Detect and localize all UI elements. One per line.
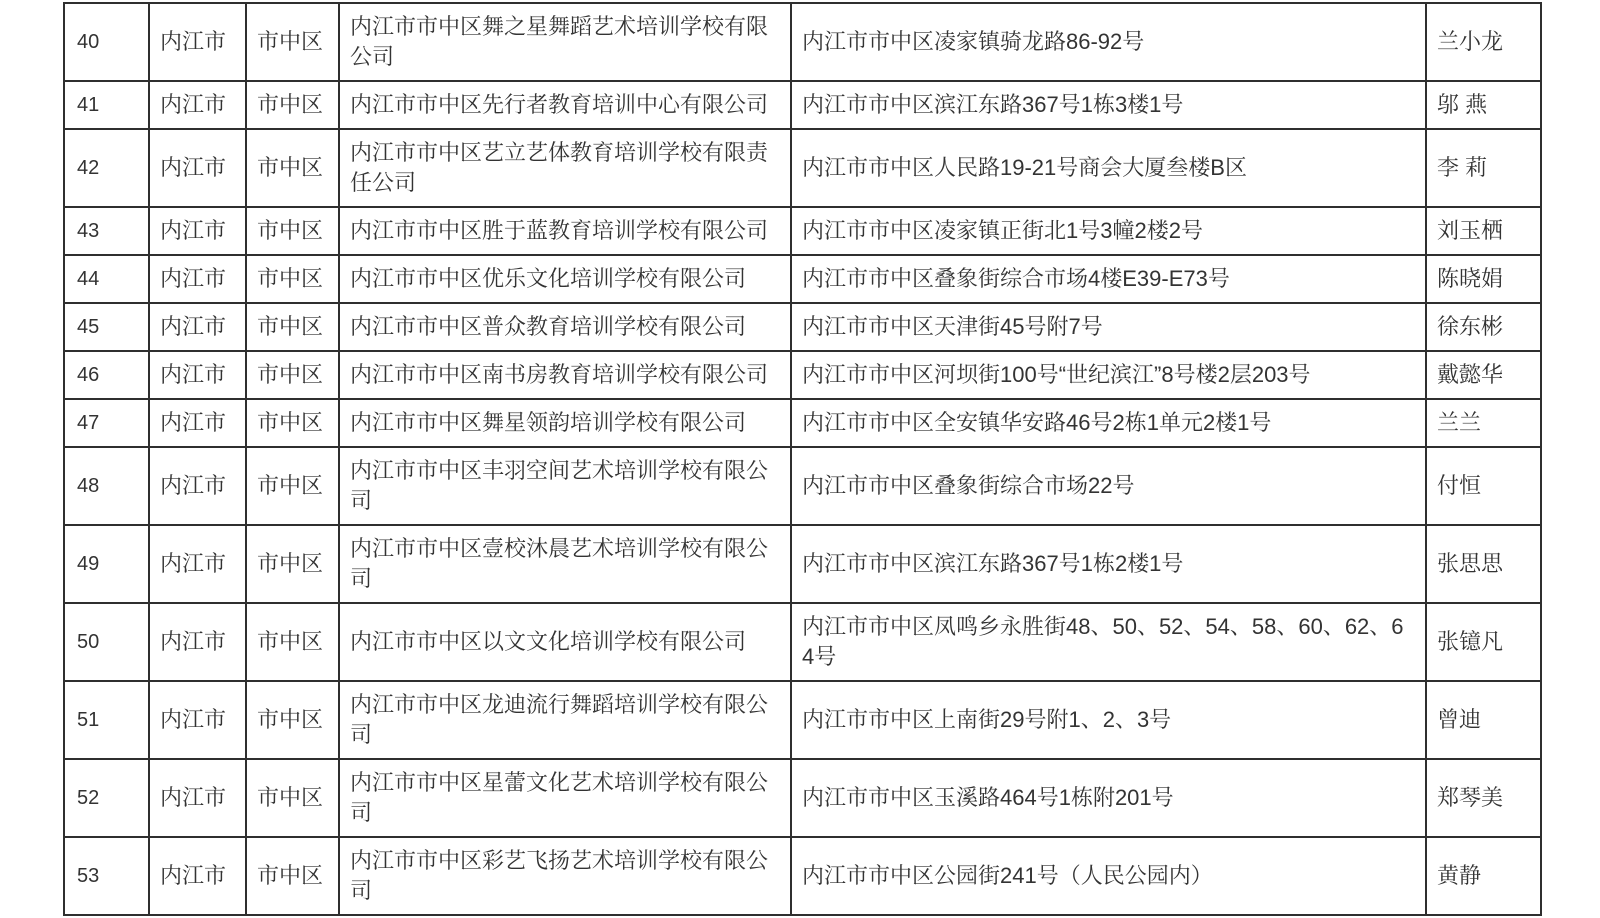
cell-contact: 张思思 — [1426, 525, 1541, 603]
cell-school: 内江市市中区先行者教育培训中心有限公司 — [339, 81, 791, 129]
cell-city: 内江市 — [149, 681, 246, 759]
cell-index: 45 — [64, 303, 149, 351]
cell-city: 内江市 — [149, 837, 246, 915]
cell-district: 市中区 — [246, 129, 339, 207]
table-row: 42内江市市中区内江市市中区艺立艺体教育培训学校有限责任公司内江市市中区人民路1… — [64, 129, 1541, 207]
cell-city: 内江市 — [149, 399, 246, 447]
cell-address: 内江市市中区凌家镇骑龙路86-92号 — [791, 3, 1426, 81]
cell-district: 市中区 — [246, 81, 339, 129]
cell-index: 51 — [64, 681, 149, 759]
cell-school: 内江市市中区舞星领韵培训学校有限公司 — [339, 399, 791, 447]
cell-index: 40 — [64, 3, 149, 81]
cell-contact: 付恒 — [1426, 447, 1541, 525]
cell-contact: 刘玉栖 — [1426, 207, 1541, 255]
cell-district: 市中区 — [246, 837, 339, 915]
cell-index: 53 — [64, 837, 149, 915]
cell-school: 内江市市中区龙迪流行舞蹈培训学校有限公司 — [339, 681, 791, 759]
cell-contact: 戴懿华 — [1426, 351, 1541, 399]
cell-index: 42 — [64, 129, 149, 207]
cell-city: 内江市 — [149, 3, 246, 81]
cell-address: 内江市市中区叠象街综合市场22号 — [791, 447, 1426, 525]
cell-school: 内江市市中区以文文化培训学校有限公司 — [339, 603, 791, 681]
cell-school: 内江市市中区丰羽空间艺术培训学校有限公司 — [339, 447, 791, 525]
cell-contact: 张镱凡 — [1426, 603, 1541, 681]
cell-address: 内江市市中区凤鸣乡永胜街48、50、52、54、58、60、62、64号 — [791, 603, 1426, 681]
cell-address: 内江市市中区玉溪路464号1栋附201号 — [791, 759, 1426, 837]
table-row: 43内江市市中区内江市市中区胜于蓝教育培训学校有限公司内江市市中区凌家镇正街北1… — [64, 207, 1541, 255]
cell-contact: 兰小龙 — [1426, 3, 1541, 81]
cell-school: 内江市市中区艺立艺体教育培训学校有限责任公司 — [339, 129, 791, 207]
cell-contact: 邬 燕 — [1426, 81, 1541, 129]
cell-city: 内江市 — [149, 303, 246, 351]
cell-school: 内江市市中区星蕾文化艺术培训学校有限公司 — [339, 759, 791, 837]
table-body: 40内江市市中区内江市市中区舞之星舞蹈艺术培训学校有限公司内江市市中区凌家镇骑龙… — [64, 3, 1541, 915]
cell-index: 47 — [64, 399, 149, 447]
cell-contact: 曾迪 — [1426, 681, 1541, 759]
cell-city: 内江市 — [149, 603, 246, 681]
cell-address: 内江市市中区河坝街100号“世纪滨江”8号楼2层203号 — [791, 351, 1426, 399]
table-row: 52内江市市中区内江市市中区星蕾文化艺术培训学校有限公司内江市市中区玉溪路464… — [64, 759, 1541, 837]
cell-index: 43 — [64, 207, 149, 255]
cell-index: 41 — [64, 81, 149, 129]
cell-contact: 李 莉 — [1426, 129, 1541, 207]
table-row: 51内江市市中区内江市市中区龙迪流行舞蹈培训学校有限公司内江市市中区上南街29号… — [64, 681, 1541, 759]
cell-city: 内江市 — [149, 129, 246, 207]
cell-city: 内江市 — [149, 351, 246, 399]
cell-district: 市中区 — [246, 603, 339, 681]
cell-city: 内江市 — [149, 207, 246, 255]
document-table-region: 40内江市市中区内江市市中区舞之星舞蹈艺术培训学校有限公司内江市市中区凌家镇骑龙… — [63, 2, 1542, 916]
table-row: 45内江市市中区内江市市中区普众教育培训学校有限公司内江市市中区天津街45号附7… — [64, 303, 1541, 351]
table-row: 48内江市市中区内江市市中区丰羽空间艺术培训学校有限公司内江市市中区叠象街综合市… — [64, 447, 1541, 525]
cell-city: 内江市 — [149, 759, 246, 837]
cell-district: 市中区 — [246, 759, 339, 837]
cell-address: 内江市市中区全安镇华安路46号2栋1单元2楼1号 — [791, 399, 1426, 447]
cell-contact: 黄静 — [1426, 837, 1541, 915]
table-row: 47内江市市中区内江市市中区舞星领韵培训学校有限公司内江市市中区全安镇华安路46… — [64, 399, 1541, 447]
cell-contact: 郑琴美 — [1426, 759, 1541, 837]
cell-district: 市中区 — [246, 447, 339, 525]
cell-school: 内江市市中区优乐文化培训学校有限公司 — [339, 255, 791, 303]
cell-contact: 徐东彬 — [1426, 303, 1541, 351]
cell-district: 市中区 — [246, 207, 339, 255]
cell-school: 内江市市中区舞之星舞蹈艺术培训学校有限公司 — [339, 3, 791, 81]
cell-address: 内江市市中区天津街45号附7号 — [791, 303, 1426, 351]
cell-address: 内江市市中区滨江东路367号1栋3楼1号 — [791, 81, 1426, 129]
cell-district: 市中区 — [246, 681, 339, 759]
table-row: 40内江市市中区内江市市中区舞之星舞蹈艺术培训学校有限公司内江市市中区凌家镇骑龙… — [64, 3, 1541, 81]
cell-address: 内江市市中区上南街29号附1、2、3号 — [791, 681, 1426, 759]
cell-index: 49 — [64, 525, 149, 603]
cell-index: 46 — [64, 351, 149, 399]
cell-school: 内江市市中区彩艺飞扬艺术培训学校有限公司 — [339, 837, 791, 915]
cell-school: 内江市市中区普众教育培训学校有限公司 — [339, 303, 791, 351]
cell-address: 内江市市中区叠象街综合市场4楼E39-E73号 — [791, 255, 1426, 303]
cell-district: 市中区 — [246, 399, 339, 447]
table-row: 49内江市市中区内江市市中区壹校沐晨艺术培训学校有限公司内江市市中区滨江东路36… — [64, 525, 1541, 603]
cell-address: 内江市市中区凌家镇正街北1号3幢2楼2号 — [791, 207, 1426, 255]
cell-district: 市中区 — [246, 525, 339, 603]
cell-city: 内江市 — [149, 81, 246, 129]
cell-address: 内江市市中区滨江东路367号1栋2楼1号 — [791, 525, 1426, 603]
cell-school: 内江市市中区壹校沐晨艺术培训学校有限公司 — [339, 525, 791, 603]
cell-address: 内江市市中区公园街241号（人民公园内） — [791, 837, 1426, 915]
cell-index: 48 — [64, 447, 149, 525]
cell-index: 44 — [64, 255, 149, 303]
table-row: 46内江市市中区内江市市中区南书房教育培训学校有限公司内江市市中区河坝街100号… — [64, 351, 1541, 399]
cell-district: 市中区 — [246, 303, 339, 351]
cell-district: 市中区 — [246, 351, 339, 399]
table-row: 44内江市市中区内江市市中区优乐文化培训学校有限公司内江市市中区叠象街综合市场4… — [64, 255, 1541, 303]
training-schools-table: 40内江市市中区内江市市中区舞之星舞蹈艺术培训学校有限公司内江市市中区凌家镇骑龙… — [63, 2, 1542, 916]
cell-address: 内江市市中区人民路19-21号商会大厦叁楼B区 — [791, 129, 1426, 207]
cell-district: 市中区 — [246, 255, 339, 303]
table-row: 41内江市市中区内江市市中区先行者教育培训中心有限公司内江市市中区滨江东路367… — [64, 81, 1541, 129]
cell-city: 内江市 — [149, 525, 246, 603]
cell-school: 内江市市中区胜于蓝教育培训学校有限公司 — [339, 207, 791, 255]
cell-contact: 兰兰 — [1426, 399, 1541, 447]
cell-city: 内江市 — [149, 447, 246, 525]
cell-contact: 陈晓娟 — [1426, 255, 1541, 303]
cell-index: 52 — [64, 759, 149, 837]
cell-district: 市中区 — [246, 3, 339, 81]
cell-city: 内江市 — [149, 255, 246, 303]
cell-index: 50 — [64, 603, 149, 681]
table-row: 53内江市市中区内江市市中区彩艺飞扬艺术培训学校有限公司内江市市中区公园街241… — [64, 837, 1541, 915]
cell-school: 内江市市中区南书房教育培训学校有限公司 — [339, 351, 791, 399]
table-row: 50内江市市中区内江市市中区以文文化培训学校有限公司内江市市中区凤鸣乡永胜街48… — [64, 603, 1541, 681]
